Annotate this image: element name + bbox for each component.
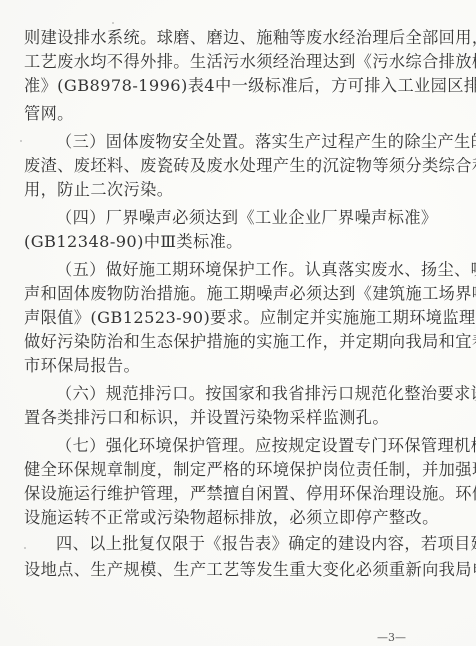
text-line: 则建设排水系统。球磨、磨边、施釉等废水经治理后全部回用，: [24, 28, 476, 48]
scan-speck: [112, 22, 114, 24]
section-heading-7: （七）强化环境保护管理。应按规定设置专门环保管理机构，: [56, 436, 476, 456]
text-line: 做好污染防治和生态保护措施的实施工作，并定期向我局和宜春: [24, 332, 476, 352]
text-line: (GB12348-90)中Ⅲ类标准。: [24, 232, 243, 252]
page-number: —3—: [377, 631, 406, 644]
section-heading-3: （三）固体废物安全处置。落实生产过程产生的除尘产生的: [56, 132, 476, 152]
text-line: 用，防止二次污染。: [24, 180, 173, 200]
section-heading-4: （四）厂界噪声必须达到《工业企业厂界噪声标准》: [56, 208, 438, 228]
text-line: 声和固体废物防治措施。施工期噪声必须达到《建筑施工场界噪: [24, 284, 476, 304]
text-line: 管网。: [24, 104, 74, 124]
document-page: 则建设排水系统。球磨、磨边、施釉等废水经治理后全部回用， 工艺废水均不得外排。生…: [0, 0, 476, 646]
scan-speck: [450, 320, 452, 322]
section-heading-5: （五）做好施工期环境保护工作。认真落实废水、扬尘、噪: [56, 260, 476, 280]
text-line: 设地点、生产规模、生产工艺等发生重大变化必须重新向我局申: [24, 560, 476, 580]
text-line: 准》(GB8978-1996)表4中一级标准后，方可排入工业园区排污: [24, 76, 476, 96]
section-heading-6: （六）规范排污口。按国家和我省排污口规范化整治要求设: [56, 384, 476, 404]
text-line: 声限值》(GB12523-90)要求。应制定并实施施工期环境监理计划，: [24, 308, 476, 328]
text-line: 置各类排污口和标识，并设置污染物采样监测孔。: [24, 408, 389, 428]
text-line: 保设施运行维护管理，严禁擅自闲置、停用环保治理设施。环保: [24, 484, 476, 504]
scan-speck: [24, 547, 26, 549]
text-line: 工艺废水均不得外排。生活污水须经治理达到《污水综合排放标: [24, 52, 476, 72]
section-heading-four: 四、以上批复仅限于《报告表》确定的建设内容，若项目建: [56, 534, 476, 554]
scan-speck: [20, 140, 22, 142]
text-line: 健全环保规章制度，制定严格的环境保护岗位责任制，并加强环: [24, 460, 476, 480]
text-line: 设施运转不正常或污染物超标排放，必须立即停产整改。: [24, 508, 439, 528]
text-line: 市环保局报告。: [24, 356, 140, 376]
text-line: 废渣、废坯料、废瓷砖及废水处理产生的沉淀物等须分类综合利: [24, 156, 476, 176]
